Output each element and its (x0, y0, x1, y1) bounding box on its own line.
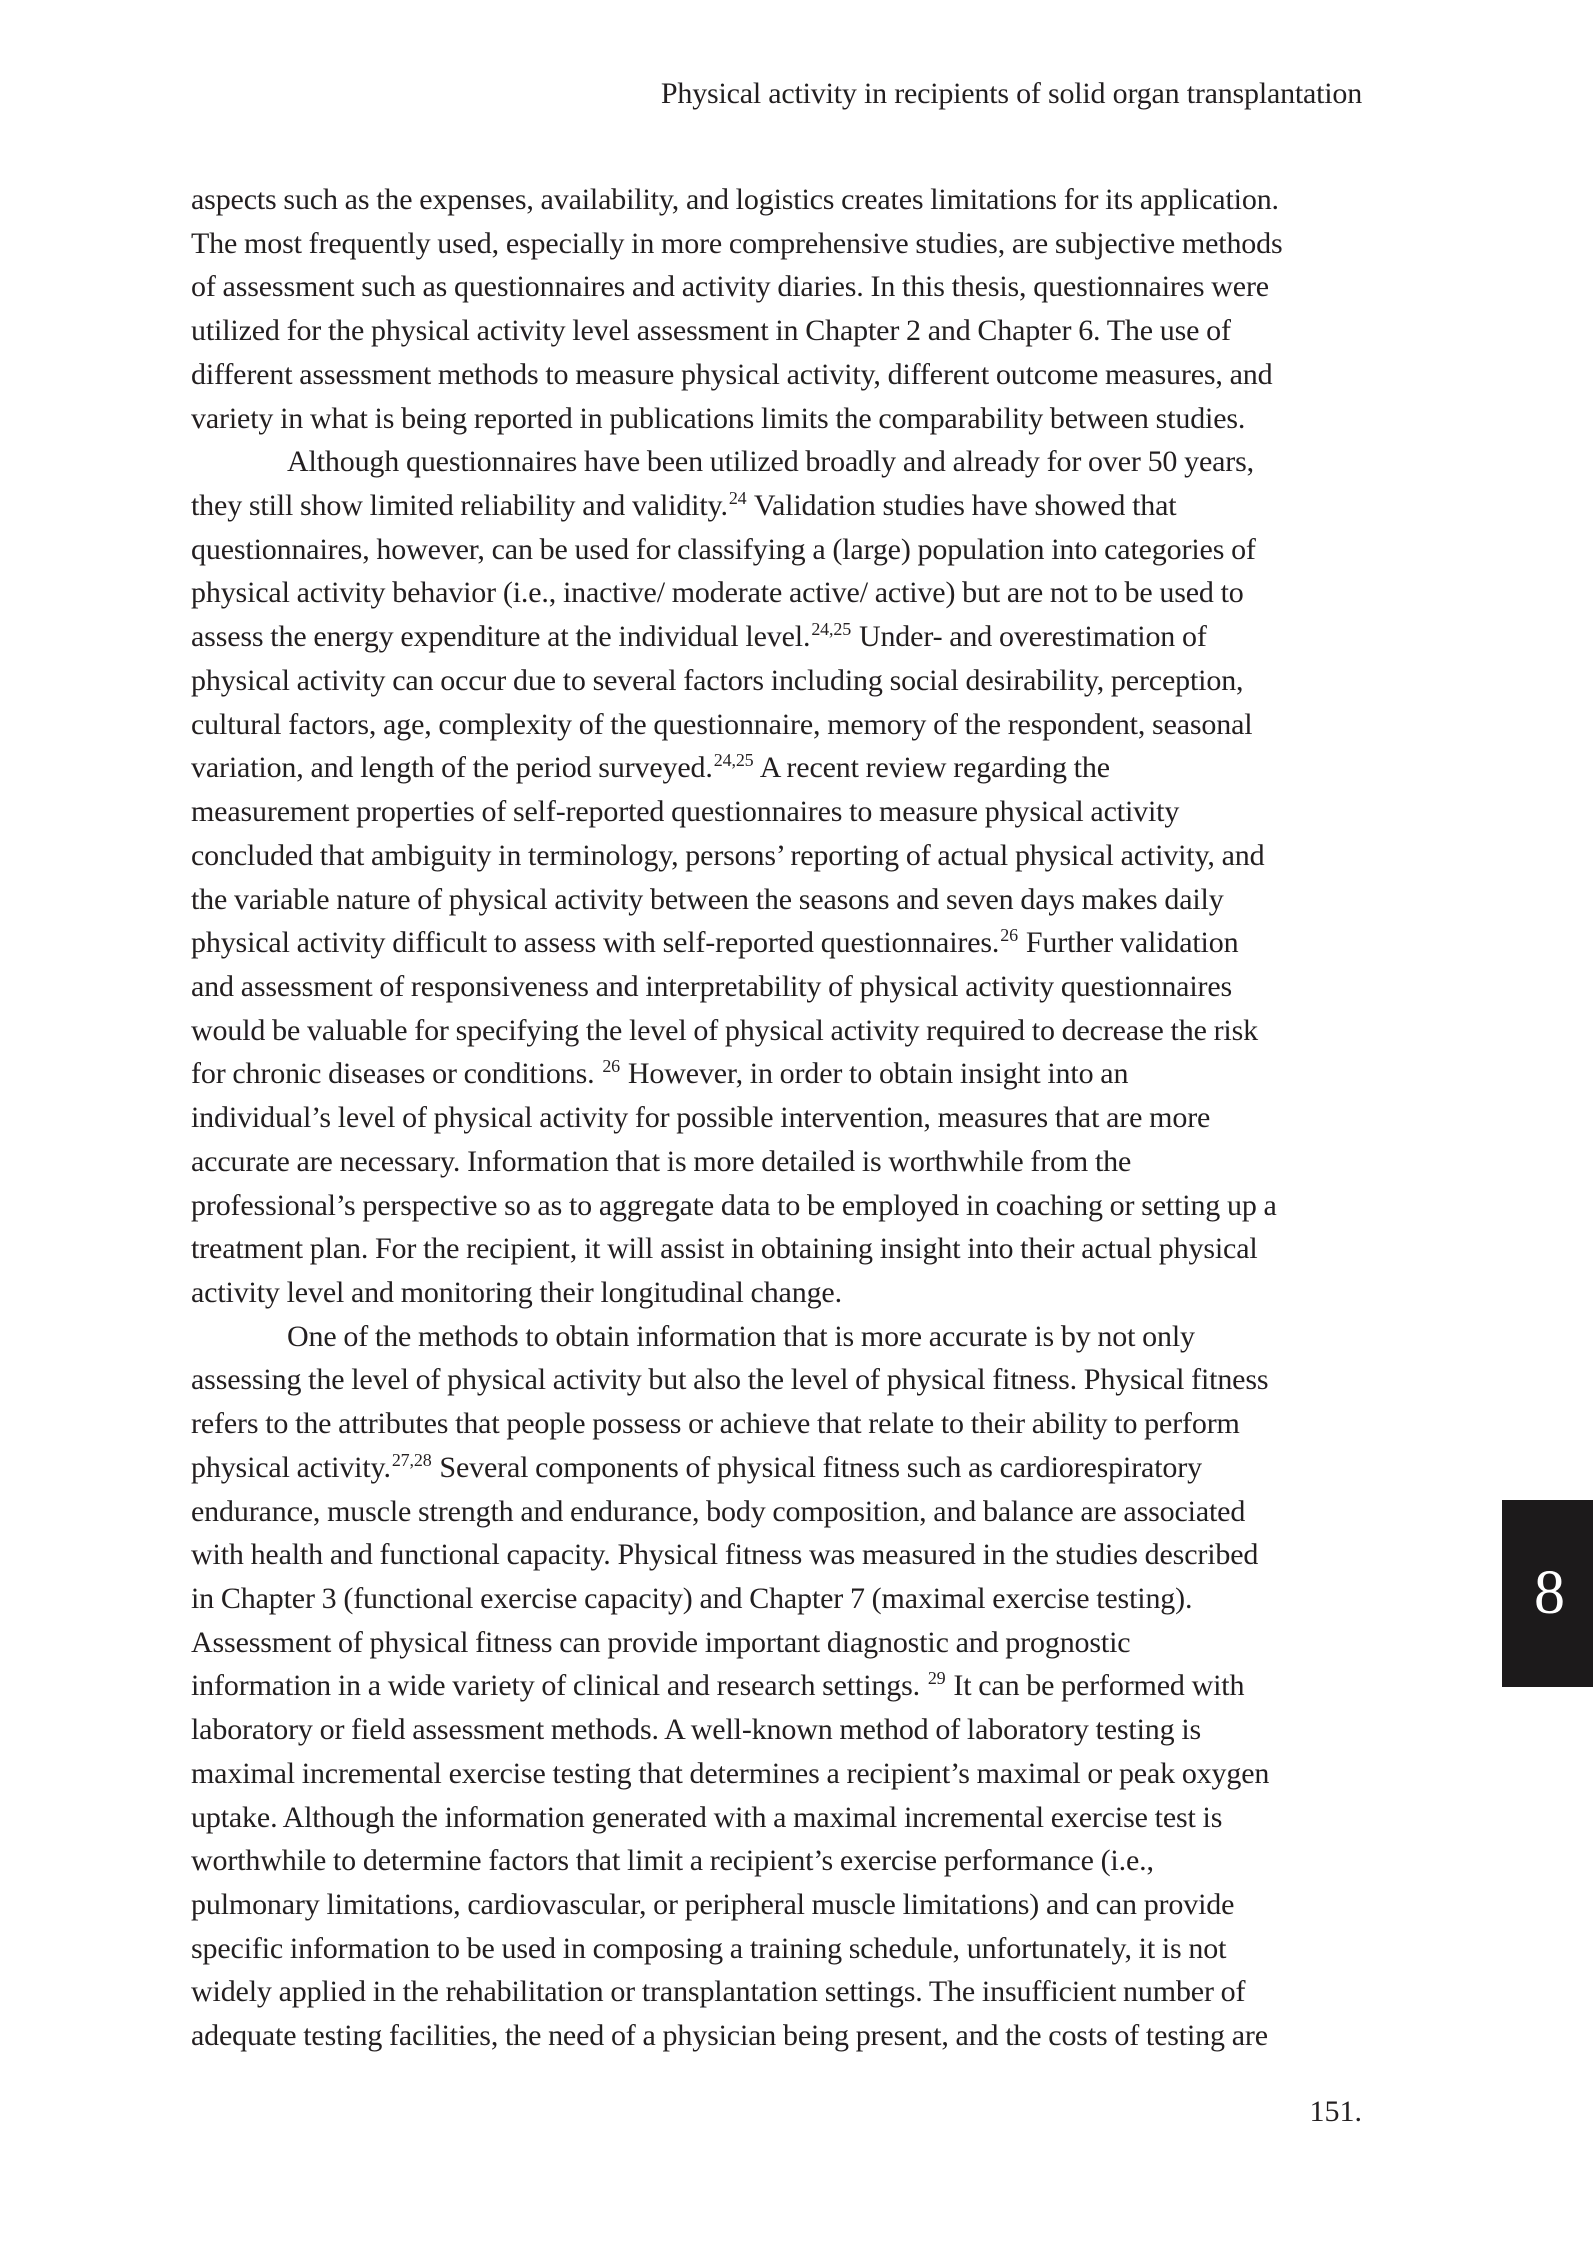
body-text: aspects such as the expenses, availabili… (191, 178, 1363, 2058)
text-line: aspects such as the expenses, availabili… (191, 178, 1363, 222)
text-line: worthwhile to determine factors that lim… (191, 1839, 1363, 1883)
text-segment: of assessment such as questionnaires and… (191, 270, 1269, 303)
text-line: endurance, muscle strength and endurance… (191, 1490, 1363, 1534)
text-segment: endurance, muscle strength and endurance… (191, 1495, 1245, 1528)
text-line: different assessment methods to measure … (191, 353, 1363, 397)
text-line: refers to the attributes that people pos… (191, 1402, 1363, 1446)
text-segment: The most frequently used, especially in … (191, 227, 1283, 260)
text-line: variation, and length of the period surv… (191, 746, 1363, 790)
text-segment: individual’s level of physical activity … (191, 1101, 1210, 1134)
text-line: physical activity behavior (i.e., inacti… (191, 571, 1363, 615)
text-line: individual’s level of physical activity … (191, 1096, 1363, 1140)
running-header-title: Physical activity in recipients of solid… (661, 76, 1362, 112)
paragraph-first-line: One of the methods to obtain information… (191, 1315, 1363, 1359)
text-line: activity level and monitoring their long… (191, 1271, 1363, 1315)
text-segment: different assessment methods to measure … (191, 358, 1272, 391)
text-line: physical activity can occur due to sever… (191, 659, 1363, 703)
text-line: information in a wide variety of clinica… (191, 1664, 1363, 1708)
text-line: variety in what is being reported in pub… (191, 397, 1363, 441)
text-segment: concluded that ambiguity in terminology,… (191, 839, 1264, 872)
text-segment: Although questionnaires have been utiliz… (287, 445, 1254, 478)
text-segment: aspects such as the expenses, availabili… (191, 183, 1279, 216)
text-segment: A recent review regarding the (755, 751, 1110, 784)
text-line: The most frequently used, especially in … (191, 222, 1363, 266)
text-line: in Chapter 3 (functional exercise capaci… (191, 1577, 1363, 1621)
text-line: questionnaires, however, can be used for… (191, 528, 1363, 572)
text-line: adequate testing facilities, the need of… (191, 2014, 1363, 2058)
citation-superscript: 29 (928, 1668, 946, 1688)
text-line: they still show limited reliability and … (191, 484, 1363, 528)
text-segment: adequate testing facilities, the need of… (191, 2019, 1268, 2052)
text-segment: worthwhile to determine factors that lim… (191, 1844, 1154, 1877)
text-segment: Under- and overestimation of (852, 620, 1207, 653)
text-segment: physical activity difficult to assess wi… (191, 926, 999, 959)
text-line: assess the energy expenditure at the ind… (191, 615, 1363, 659)
citation-superscript: 26 (1000, 925, 1018, 945)
chapter-tab: 8 (1502, 1500, 1593, 1687)
text-segment: professional’s perspective so as to aggr… (191, 1189, 1277, 1222)
text-line: Assessment of physical fitness can provi… (191, 1621, 1363, 1665)
text-line: and assessment of responsiveness and int… (191, 965, 1363, 1009)
text-segment: physical activity can occur due to sever… (191, 664, 1243, 697)
text-line: laboratory or field assessment methods. … (191, 1708, 1363, 1752)
text-line: professional’s perspective so as to aggr… (191, 1184, 1363, 1228)
text-segment: However, in order to obtain insight into… (621, 1057, 1128, 1090)
text-line: physical activity.27,28 Several componen… (191, 1446, 1363, 1490)
text-line: would be valuable for specifying the lev… (191, 1009, 1363, 1053)
text-segment: measurement properties of self-reported … (191, 795, 1179, 828)
text-line: widely applied in the rehabilitation or … (191, 1970, 1363, 2014)
text-segment: questionnaires, however, can be used for… (191, 533, 1256, 566)
text-segment: physical activity behavior (i.e., inacti… (191, 576, 1244, 609)
text-segment: in Chapter 3 (functional exercise capaci… (191, 1582, 1192, 1615)
text-segment: information in a wide variety of clinica… (191, 1669, 927, 1702)
text-segment: assessing the level of physical activity… (191, 1363, 1268, 1396)
text-line: utilized for the physical activity level… (191, 309, 1363, 353)
text-line: physical activity difficult to assess wi… (191, 921, 1363, 965)
text-segment: with health and functional capacity. Phy… (191, 1538, 1258, 1571)
text-segment: Further validation (1019, 926, 1238, 959)
citation-superscript: 24 (729, 488, 747, 508)
text-line: assessing the level of physical activity… (191, 1358, 1363, 1402)
text-segment: utilized for the physical activity level… (191, 314, 1231, 347)
text-line: measurement properties of self-reported … (191, 790, 1363, 834)
text-segment: they still show limited reliability and … (191, 489, 728, 522)
text-segment: specific information to be used in compo… (191, 1932, 1226, 1965)
citation-superscript: 24,25 (811, 619, 851, 639)
text-segment: One of the methods to obtain information… (287, 1320, 1195, 1353)
text-segment: variation, and length of the period surv… (191, 751, 713, 784)
citation-superscript: 24,25 (714, 750, 754, 770)
text-line: concluded that ambiguity in terminology,… (191, 834, 1363, 878)
text-line: for chronic diseases or conditions. 26 H… (191, 1052, 1363, 1096)
text-segment: and assessment of responsiveness and int… (191, 970, 1232, 1003)
text-line: cultural factors, age, complexity of the… (191, 703, 1363, 747)
text-segment: Assessment of physical fitness can provi… (191, 1626, 1130, 1659)
text-segment: assess the energy expenditure at the ind… (191, 620, 810, 653)
text-segment: Several components of physical fitness s… (433, 1451, 1202, 1484)
text-segment: pulmonary limitations, cardiovascular, o… (191, 1888, 1234, 1921)
page-number: 151. (1310, 2094, 1363, 2130)
text-segment: variety in what is being reported in pub… (191, 402, 1245, 435)
text-segment: activity level and monitoring their long… (191, 1276, 842, 1309)
text-segment: for chronic diseases or conditions. (191, 1057, 601, 1090)
text-segment: accurate are necessary. Information that… (191, 1145, 1131, 1178)
text-line: maximal incremental exercise testing tha… (191, 1752, 1363, 1796)
paragraph-first-line: Although questionnaires have been utiliz… (191, 440, 1363, 484)
chapter-number: 8 (1534, 1558, 1565, 1629)
text-line: with health and functional capacity. Phy… (191, 1533, 1363, 1577)
text-segment: treatment plan. For the recipient, it wi… (191, 1232, 1258, 1265)
text-segment: refers to the attributes that people pos… (191, 1407, 1240, 1440)
text-line: uptake. Although the information generat… (191, 1796, 1363, 1840)
text-segment: maximal incremental exercise testing tha… (191, 1757, 1269, 1790)
text-segment: Validation studies have showed that (748, 489, 1177, 522)
text-line: of assessment such as questionnaires and… (191, 265, 1363, 309)
text-segment: the variable nature of physical activity… (191, 883, 1224, 916)
text-line: specific information to be used in compo… (191, 1927, 1363, 1971)
text-line: the variable nature of physical activity… (191, 878, 1363, 922)
text-segment: physical activity. (191, 1451, 391, 1484)
text-segment: widely applied in the rehabilitation or … (191, 1975, 1245, 2008)
text-line: accurate are necessary. Information that… (191, 1140, 1363, 1184)
citation-superscript: 27,28 (392, 1450, 432, 1470)
text-line: treatment plan. For the recipient, it wi… (191, 1227, 1363, 1271)
text-segment: laboratory or field assessment methods. … (191, 1713, 1201, 1746)
text-segment: cultural factors, age, complexity of the… (191, 708, 1252, 741)
text-segment: would be valuable for specifying the lev… (191, 1014, 1258, 1047)
text-segment: uptake. Although the information generat… (191, 1801, 1222, 1834)
text-segment: It can be performed with (947, 1669, 1245, 1702)
text-line: pulmonary limitations, cardiovascular, o… (191, 1883, 1363, 1927)
citation-superscript: 26 (602, 1056, 620, 1076)
